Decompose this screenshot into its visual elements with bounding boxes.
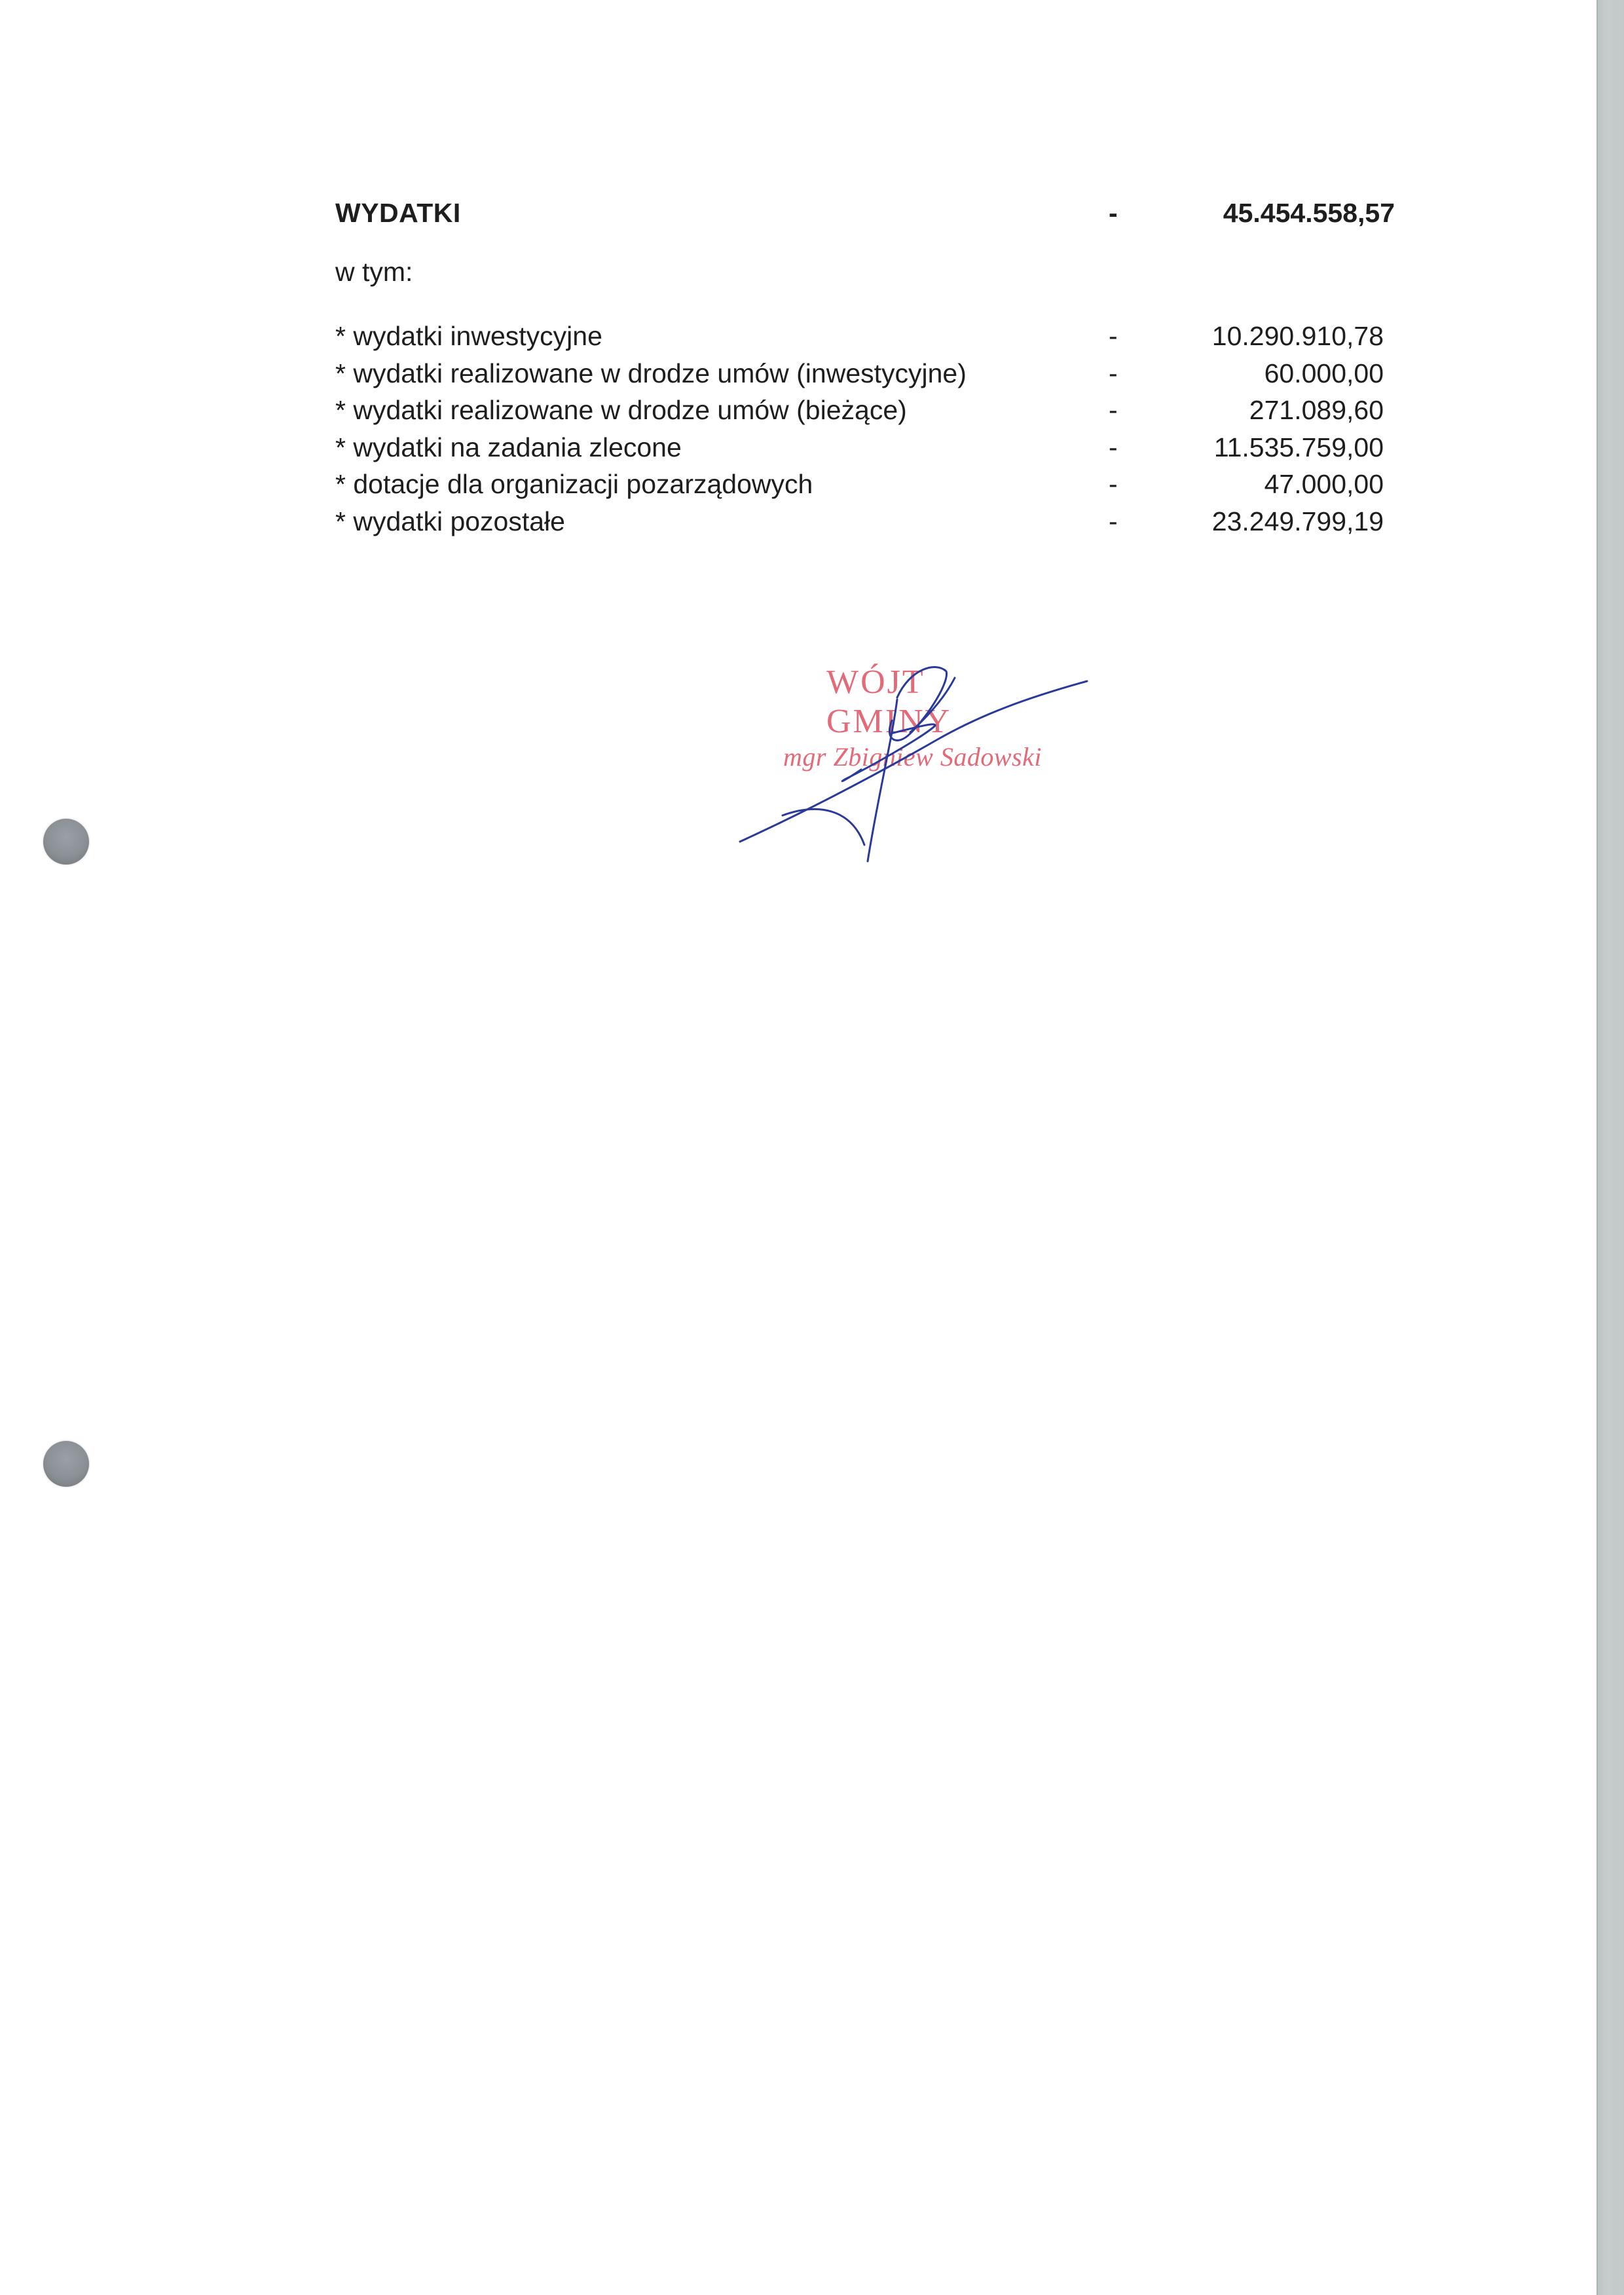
- subheading: w tym:: [335, 252, 413, 291]
- expense-item-dash: -: [1109, 316, 1118, 356]
- expense-item-value: 47.000,00: [1264, 464, 1384, 504]
- expense-item-row: * wydatki na zadania zlecone-11.535.759,…: [335, 428, 1384, 467]
- expense-item-dash: -: [1109, 390, 1118, 430]
- expense-item-row: * dotacje dla organizacji pozarządowych-…: [335, 464, 1384, 504]
- expense-item-dash: -: [1109, 354, 1118, 393]
- expense-item-value: 11.535.759,00: [1214, 428, 1384, 467]
- expense-item-row: * wydatki pozostałe-23.249.799,19: [335, 502, 1384, 541]
- punch-hole-top: [43, 819, 89, 865]
- stamp-title: WÓJT GMINY: [826, 663, 1049, 741]
- expense-item-label: * wydatki realizowane w drodze umów (inw…: [335, 354, 967, 393]
- expense-item-label: * wydatki na zadania zlecone: [335, 428, 682, 467]
- total-expenses-value: 45.454.558,57: [1223, 193, 1395, 233]
- expense-item-row: * wydatki realizowane w drodze umów (inw…: [335, 354, 1384, 393]
- expense-item-dash: -: [1109, 502, 1118, 541]
- punch-hole-bottom: [43, 1441, 89, 1487]
- expense-item-row: * wydatki realizowane w drodze umów (bie…: [335, 390, 1384, 430]
- scan-edge-shadow: [1596, 0, 1624, 2295]
- separator-dash: -: [1109, 193, 1118, 233]
- expense-item-label: * wydatki inwestycyjne: [335, 316, 602, 356]
- total-expenses-label: WYDATKI: [335, 193, 461, 233]
- expense-item-value: 60.000,00: [1264, 354, 1384, 393]
- expense-item-label: * wydatki realizowane w drodze umów (bie…: [335, 390, 907, 430]
- expense-item-value: 10.290.910,78: [1212, 316, 1384, 356]
- expense-item-label: * wydatki pozostałe: [335, 502, 565, 541]
- expense-item-dash: -: [1109, 428, 1118, 467]
- expense-item-label: * dotacje dla organizacji pozarządowych: [335, 464, 813, 504]
- total-expenses-row: WYDATKI - 45.454.558,57: [335, 193, 1390, 233]
- expense-item-dash: -: [1109, 464, 1118, 504]
- expense-item-value: 23.249.799,19: [1212, 502, 1384, 541]
- stamp-name: mgr Zbigniew Sadowski: [783, 739, 1042, 775]
- expense-item-value: 271.089,60: [1249, 390, 1384, 430]
- expense-item-row: * wydatki inwestycyjne-10.290.910,78: [335, 316, 1384, 356]
